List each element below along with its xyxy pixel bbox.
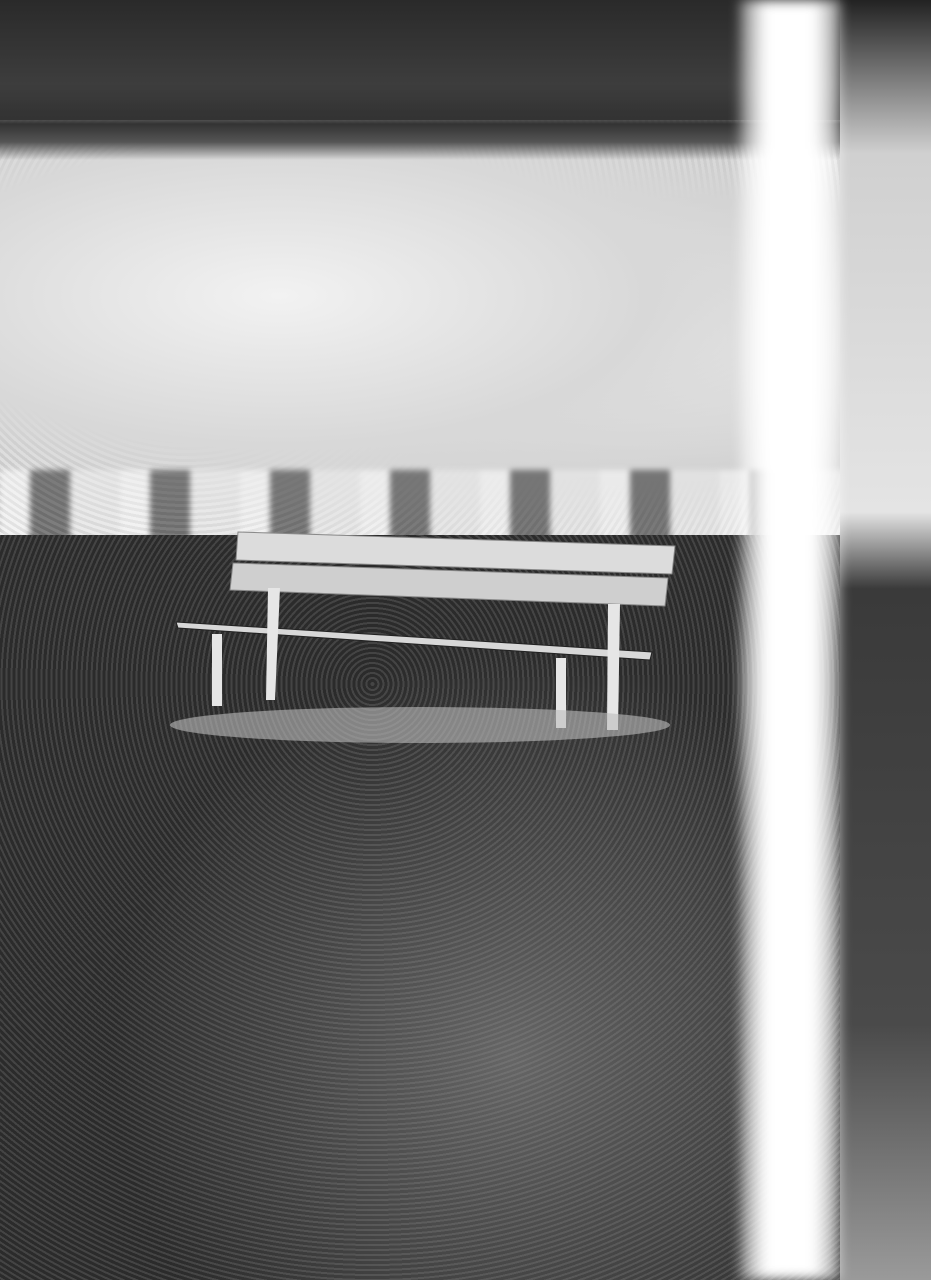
photo-negative (0, 0, 931, 1280)
right-edge-strip (840, 0, 931, 1280)
light-leak (740, 0, 840, 1280)
